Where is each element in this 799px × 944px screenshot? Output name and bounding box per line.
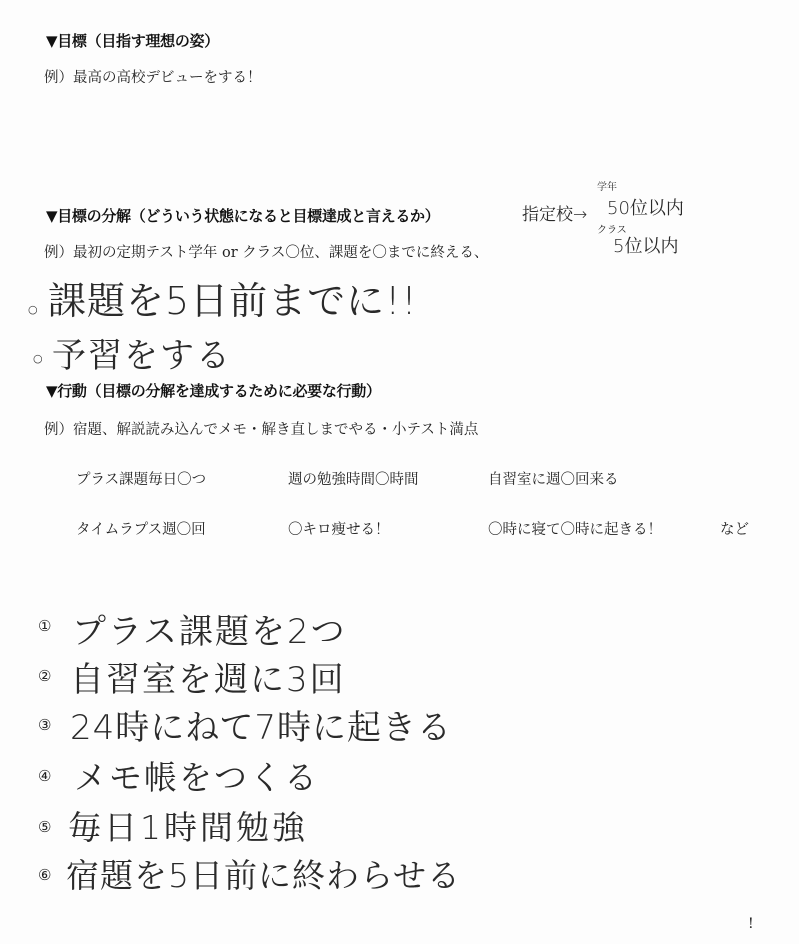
bullet-icon: ○ [33,352,43,365]
item-number: ⑤ [38,818,51,836]
bullet-icon: ○ [28,303,38,316]
worksheet-page: ▼目標（目指す理想の姿） 例）最高の高校デビューをする！ ▼目標の分解（どういう… [0,0,799,944]
goal-heading: ▼目標（目指す理想の姿） [46,30,219,51]
handwritten-action: 宿題を5日前に終わらせる [66,850,461,897]
note-grade-label: 学年 [597,178,617,193]
handwritten-action: 24時にねて7時に起きる [70,700,452,749]
action-example: 例）宿題、解説読み込んでメモ・解き直しまでやる・小テスト満点 [44,418,478,439]
goal-example: 例）最高の高校デビューをする！ [44,66,262,87]
handwritten-action: 毎日1時間勉強 [68,802,308,849]
handwritten-action: メモ帳をつくる [74,752,319,799]
item-number: ② [38,667,51,685]
example-cell: プラス課題毎日〇つ [76,468,206,489]
example-cell: 〇キロ痩せる！ [288,518,390,539]
breakdown-example: 例）最初の定期テスト学年 or クラス〇位、課題を〇までに終える、 [44,241,488,262]
example-cell: 自習室に週〇回来る [488,468,619,489]
item-number: ⑥ [38,866,51,884]
note-school: 指定校→ [522,200,587,225]
footer-mark: ! [748,916,754,932]
breakdown-heading: ▼目標の分解（どういう状態になると目標達成と言えるか） [46,205,439,226]
note-class-target: 5位以内 [613,232,678,258]
note-grade-target: 50位以内 [607,194,684,220]
handwritten-item: 予習をする [52,328,232,377]
example-cell: 〇時に寝て〇時に起きる！ [488,518,662,539]
action-heading: ▼行動（目標の分解を達成するために必要な行動） [46,380,381,401]
example-cell: など [720,518,749,539]
handwritten-action: 自習室を週に3回 [70,652,346,701]
handwritten-action: プラス課題を2つ [72,604,347,653]
handwritten-item: 課題を5日前までに!! [48,270,418,325]
item-number: ① [38,617,51,635]
item-number: ③ [38,716,51,734]
example-cell: 週の勉強時間〇時間 [288,468,419,489]
item-number: ④ [38,767,51,785]
example-cell: タイムラプス週〇回 [76,518,206,539]
